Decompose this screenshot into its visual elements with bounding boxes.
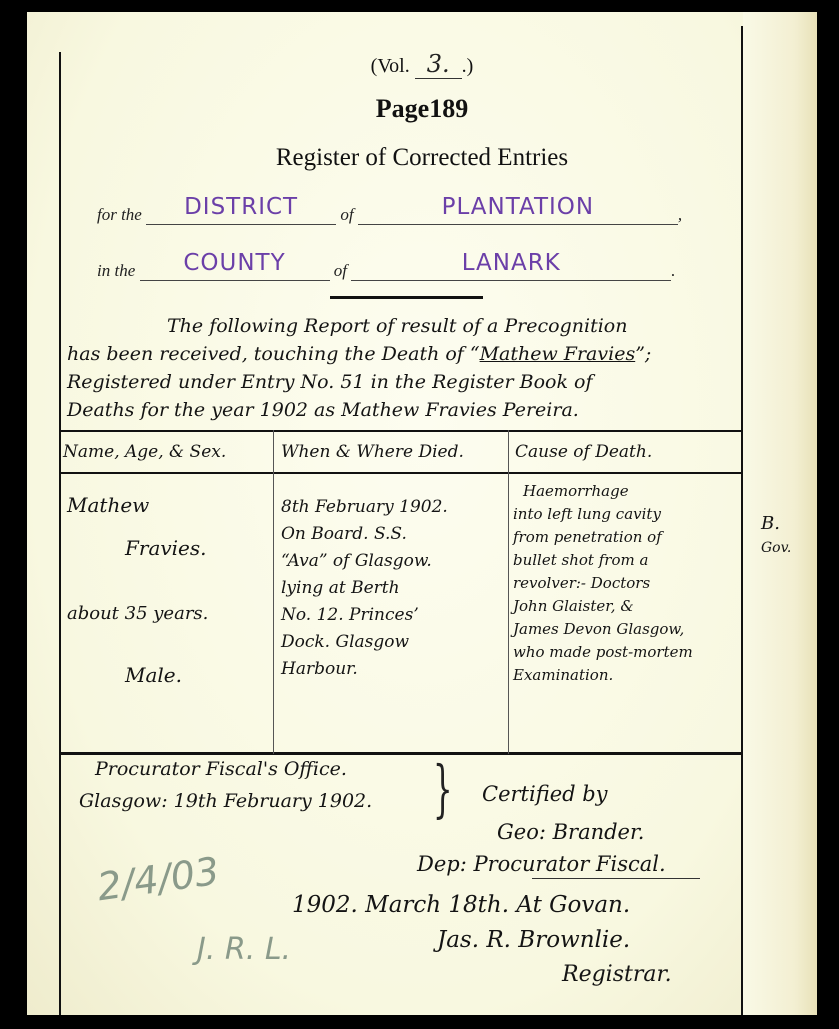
page-label: Page [376,94,429,123]
name-last: Fravies. [125,535,207,562]
district-connector: of [340,205,353,224]
left-margin-rule [59,52,61,1015]
report-line-2-text: has been received, touching the Death of… [67,343,480,365]
cause-line-9: Examination. [513,664,743,687]
report-line-2: has been received, touching the Death of… [67,340,757,368]
lanark-stamp: LANARK [462,250,561,276]
margin-note: B. Gov. [761,512,791,560]
cause-line-6: John Glaister, & [513,595,743,618]
page-number: 189 [429,94,468,123]
certifier-name: Geo: Brander. [497,820,644,844]
county-stamp: COUNTY [183,250,285,276]
place-line-6: Harbour. [281,656,507,683]
report-paragraph: The following Report of result of a Prec… [67,312,757,424]
place-line-2: “Ava” of Glasgow. [281,548,507,575]
margin-note-line-2: Gov. [761,536,791,560]
column-divider-1 [273,430,274,754]
cause-line-7: James Devon Glasgow, [513,618,743,641]
certifier-underline [532,878,700,879]
district-line: for the DISTRICT of PLANTATION, [97,198,737,225]
margin-note-line-1: B. [761,512,791,536]
deceased-name: Mathew Fravies [480,343,636,365]
county-line: in the COUNTY of LANARK. [97,254,737,281]
place-line-4: No. 12. Princes’ [281,602,507,629]
registrar-title: Registrar. [562,962,672,987]
volume-number: 3. [415,50,462,79]
registration-line: 1902. March 18th. At Govan. [292,892,630,918]
county-prefix: in the [97,261,135,280]
pencil-date: 2/4/03 [95,849,222,910]
certifier-title: Dep: Procurator Fiscal. [417,852,666,876]
volume-label: (Vol. [371,55,410,77]
district-suffix: , [678,205,682,224]
place-line-3: lying at Berth [281,575,507,602]
cause-line-2: into left lung cavity [513,503,743,526]
office-line-2: Glasgow: 19th February 1902. [79,790,372,812]
certified-by: Certified by [482,782,608,806]
page-number-line: Page189 [27,94,817,124]
place-line-1: On Board. S.S. [281,521,507,548]
pencil-initials: J. R. L. [197,932,291,967]
name-first: Mathew [67,492,149,519]
report-line-3: Registered under Entry No. 51 in the Reg… [67,368,757,396]
county-suffix: . [671,261,675,280]
cause-line-3: from penetration of [513,526,743,549]
place-line-5: Dock. Glasgow [281,629,507,656]
header-cause: Cause of Death. [515,442,652,462]
table-header-rule [59,472,743,474]
death-date: 8th February 1902. [281,494,507,521]
register-page: (Vol. 3..) Page189 Register of Corrected… [27,12,817,1015]
sex: Male. [125,662,182,689]
header-when-where: When & Where Died. [281,442,464,462]
age: about 35 years. [67,600,208,627]
header-divider [330,296,483,299]
office-line-1: Procurator Fiscal's Office. [95,758,347,780]
volume-line: (Vol. 3..) [27,50,817,78]
table-bottom-rule [59,752,743,755]
header-name-age-sex: Name, Age, & Sex. [63,442,226,462]
registrar-name: Jas. R. Brownlie. [437,927,630,953]
volume-close: .) [462,55,474,77]
cause-line-1: Haemorrhage [513,480,743,503]
plantation-stamp: PLANTATION [442,194,595,220]
county-connector: of [334,261,347,280]
column-divider-2 [508,430,509,754]
table-top-rule [59,430,743,432]
cause-line-5: revolver:- Doctors [513,572,743,595]
cause-line-4: bullet shot from a [513,549,743,572]
district-stamp: DISTRICT [184,194,298,220]
document-title: Register of Corrected Entries [27,144,817,172]
district-prefix: for the [97,205,142,224]
when-where-cell: 8th February 1902. On Board. S.S. “Ava” … [281,494,507,683]
report-line-2-end: ”; [635,343,651,365]
report-line-1: The following Report of result of a Prec… [67,312,757,340]
cause-line-8: who made post-mortem [513,641,743,664]
brace: } [433,752,453,825]
report-line-4: Deaths for the year 1902 as Mathew Fravi… [67,396,757,424]
cause-cell: Haemorrhage into left lung cavity from p… [513,480,743,687]
